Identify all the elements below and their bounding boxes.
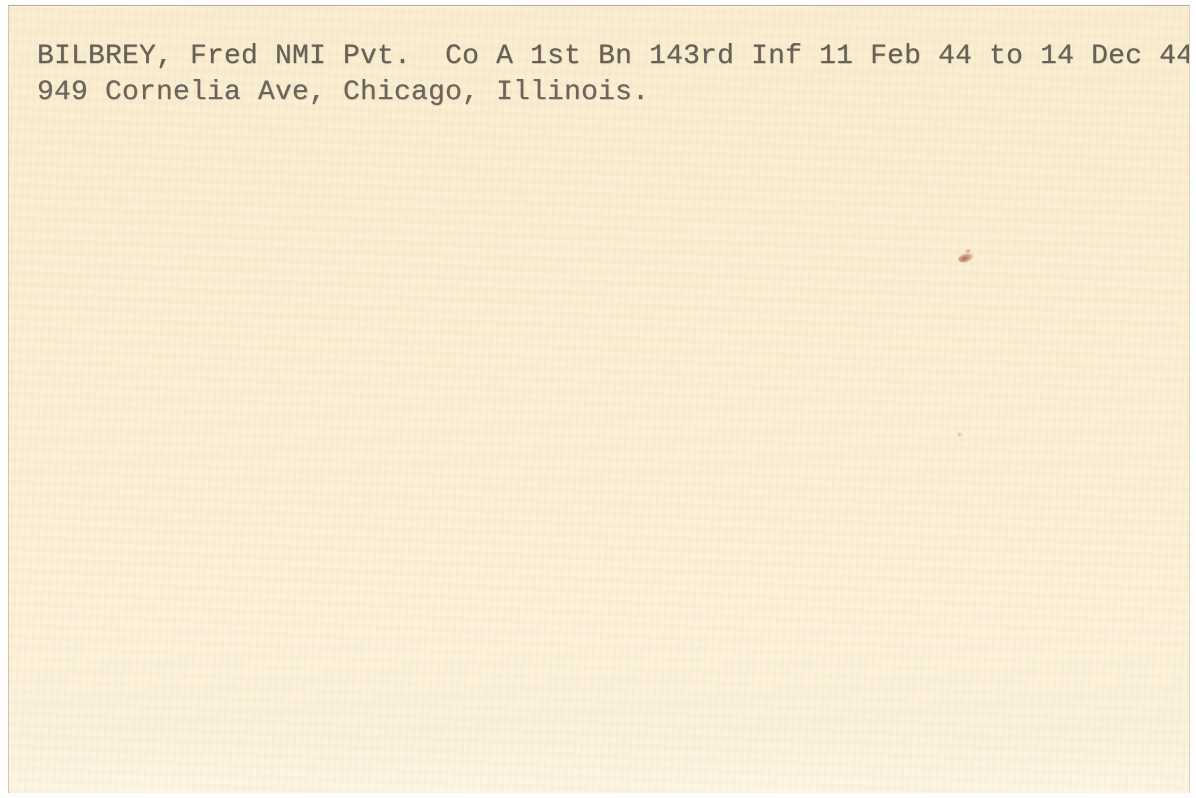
typed-text-block: BILBREY, Fred NMI Pvt. Co A 1st Bn 143rd… bbox=[37, 39, 1190, 111]
index-card: BILBREY, Fred NMI Pvt. Co A 1st Bn 143rd… bbox=[8, 5, 1190, 793]
service-record-line: BILBREY, Fred NMI Pvt. Co A 1st Bn 143rd… bbox=[37, 39, 1190, 75]
red-ink-speck bbox=[957, 251, 975, 265]
address-line: 949 Cornelia Ave, Chicago, Illinois. bbox=[37, 75, 1190, 111]
paper-fleck bbox=[957, 432, 962, 437]
scanned-document: BILBREY, Fred NMI Pvt. Co A 1st Bn 143rd… bbox=[0, 0, 1196, 798]
